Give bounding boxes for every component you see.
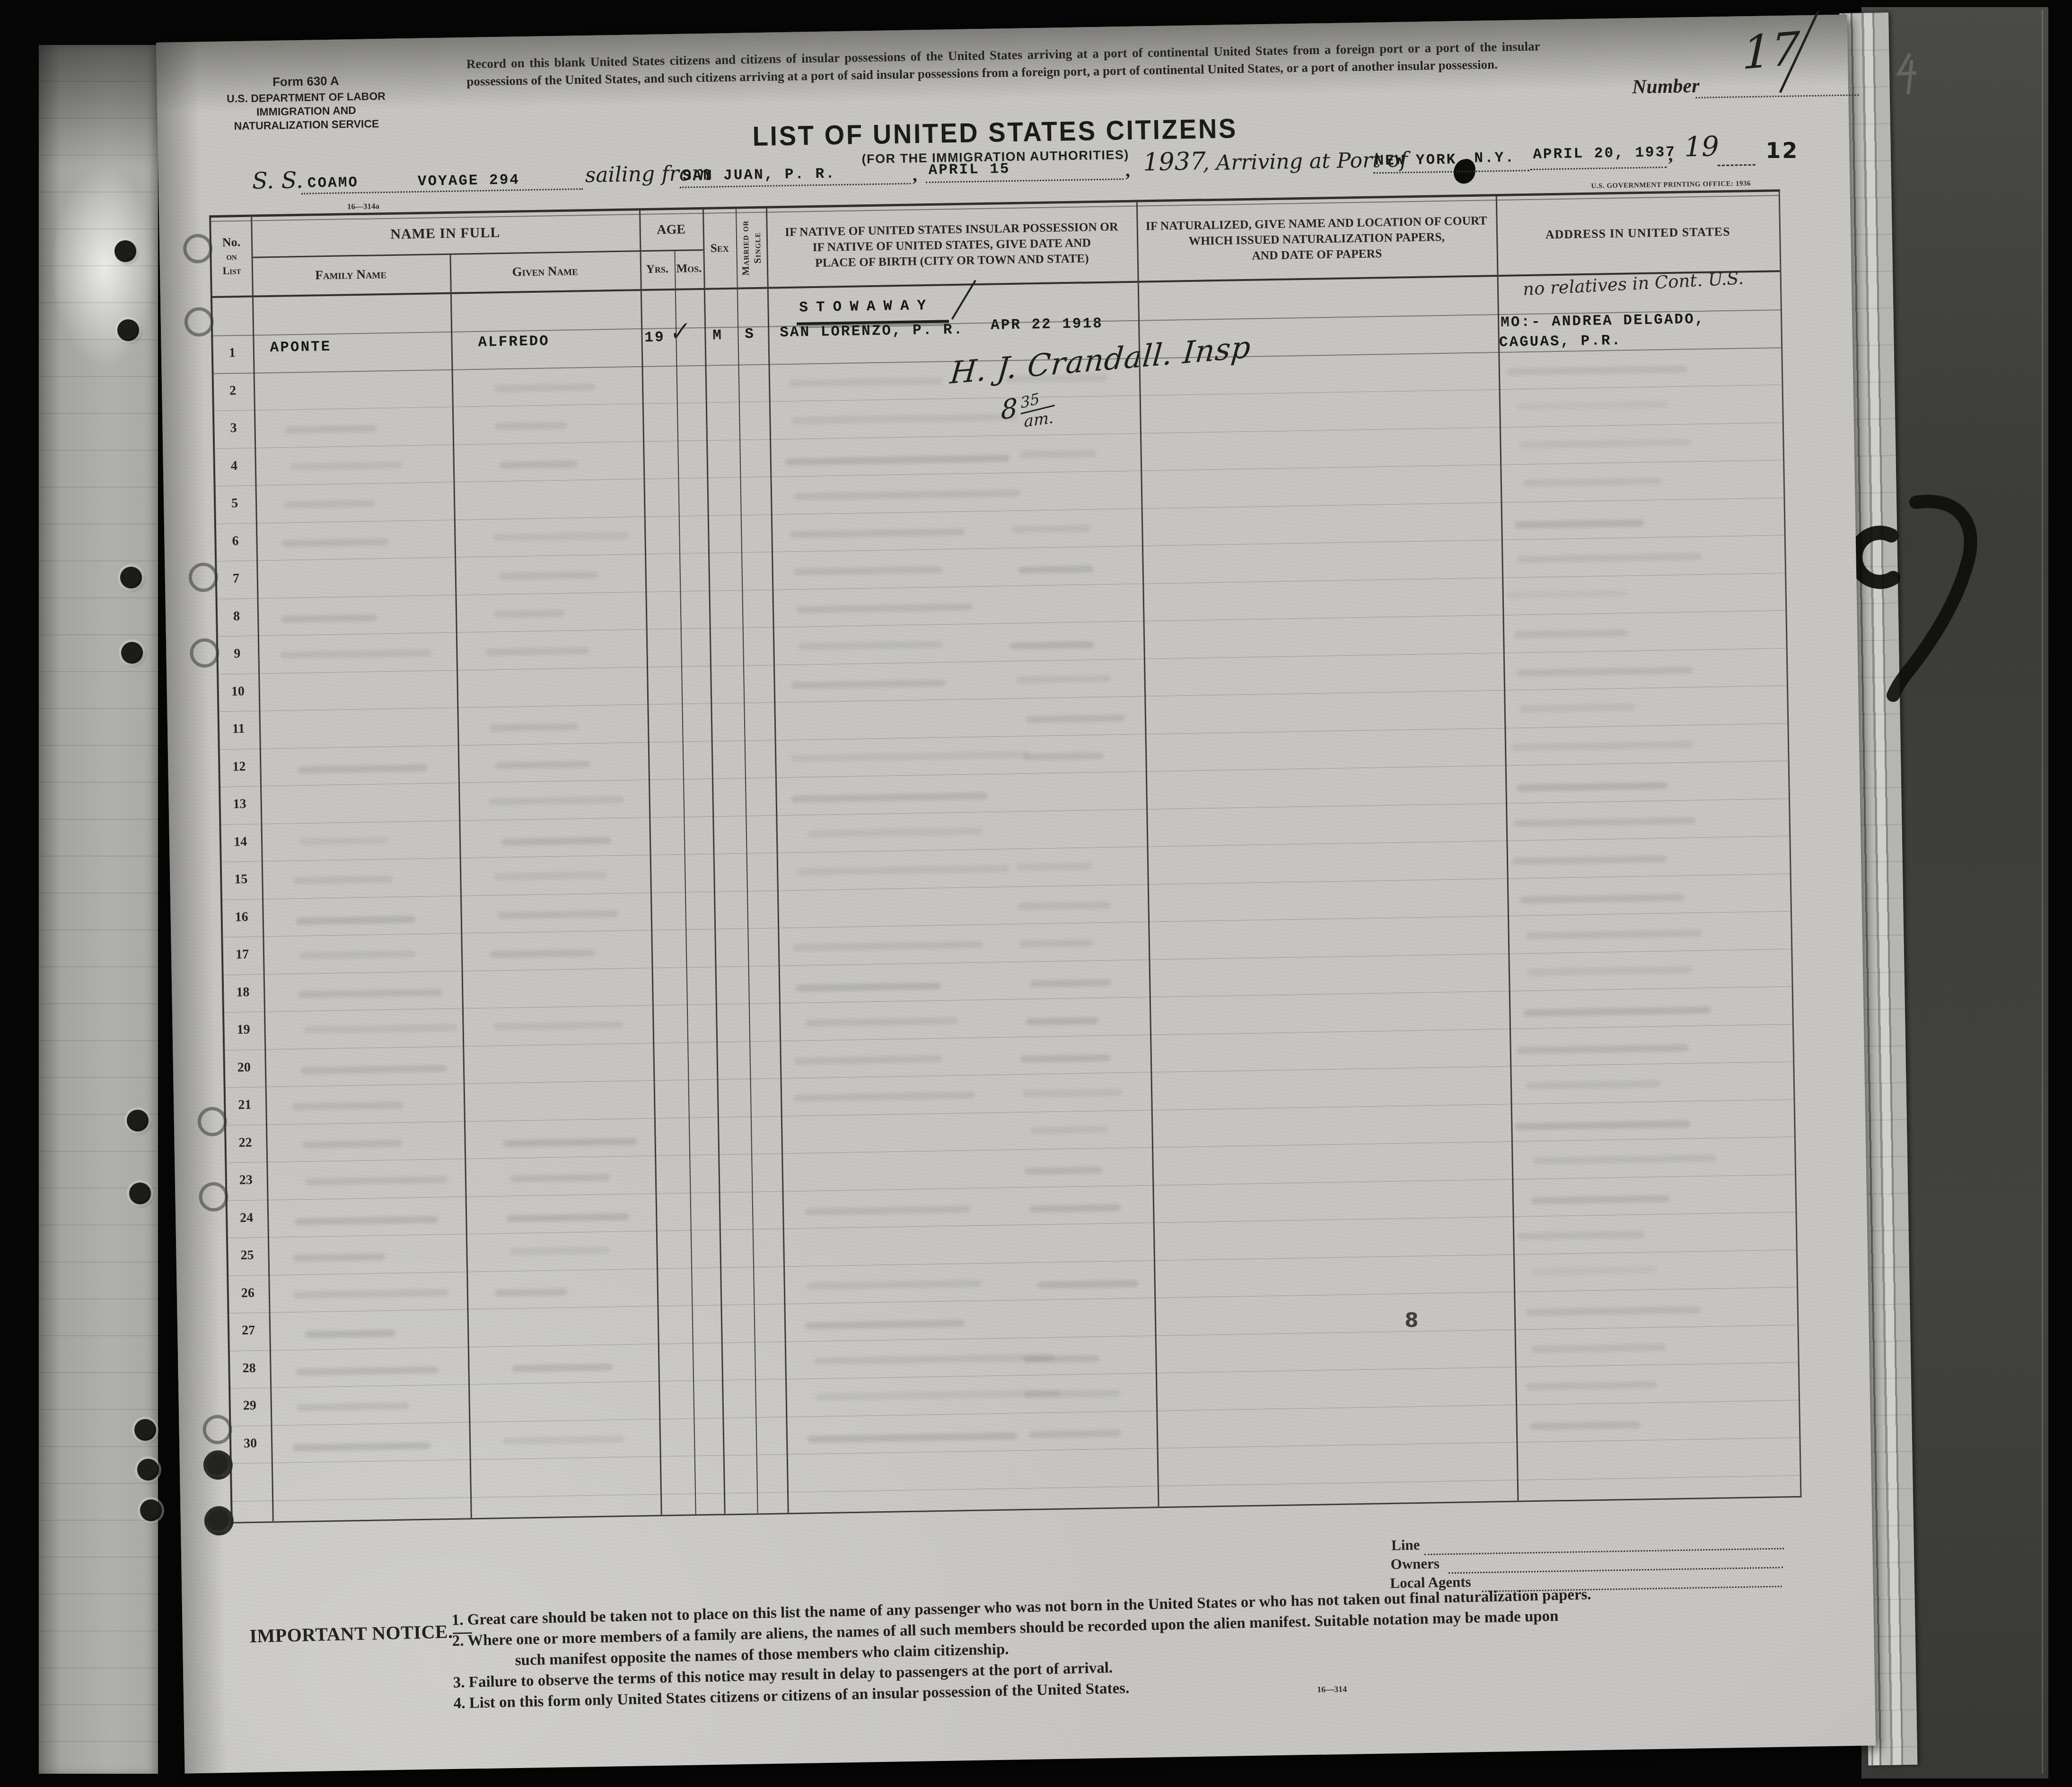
row-number: 12 — [220, 759, 258, 774]
ghost-text-bar — [785, 455, 1010, 465]
ghost-text-bar — [298, 989, 442, 998]
col-header-given-name: Given Name — [449, 250, 640, 292]
ghost-text-bar — [793, 941, 983, 951]
line-label: Line — [1391, 1536, 1420, 1554]
ghost-text-bar — [500, 460, 577, 469]
ghost-text-bar — [1506, 589, 1628, 598]
row-number: 28 — [230, 1360, 268, 1376]
column-rule — [766, 209, 789, 1513]
row-number: 18 — [224, 984, 262, 1000]
ghost-text-bar — [808, 827, 983, 837]
ghost-text-bar — [299, 837, 388, 845]
col-header-address: ADDRESS IN UNITED STATES — [1496, 192, 1780, 275]
row-number: 9 — [218, 646, 256, 662]
handwritten-19: 19 — [1684, 130, 1720, 163]
arrival-date: APRIL 20, 1937 — [1533, 144, 1676, 163]
nat-header-line3: AND DATE OF PAPERS — [1252, 245, 1382, 263]
col-header-age: AGE — [639, 210, 703, 250]
row-number: 10 — [219, 683, 257, 699]
row-number: 25 — [228, 1247, 266, 1263]
row-rule — [220, 761, 1788, 787]
ghost-text-bar — [494, 871, 607, 880]
ghost-text-bar — [791, 792, 988, 803]
column-rule — [639, 210, 662, 1515]
row-number: 13 — [220, 797, 259, 812]
ghost-text-bar — [791, 679, 946, 689]
ghost-text-bar — [1019, 939, 1093, 947]
ghost-text-bar — [290, 461, 403, 470]
printing-office-credit: U.S. GOVERNMENT PRINTING OFFICE: 1936 — [1591, 180, 1751, 191]
column-rule — [702, 210, 726, 1514]
row-number: 14 — [221, 834, 260, 850]
comma: , — [1668, 143, 1673, 166]
ghost-text-bar — [296, 916, 416, 925]
ghost-text-bar — [503, 1435, 624, 1444]
column-rule — [449, 254, 472, 1518]
ghost-text-bar — [489, 949, 595, 958]
ghost-text-bar — [281, 538, 388, 547]
ghost-text-bar — [503, 1138, 637, 1147]
ghost-text-bar — [1512, 741, 1693, 751]
ghost-text-bar — [807, 1279, 982, 1289]
ghost-text-bar — [1523, 1007, 1711, 1017]
ghost-text-bar — [280, 649, 431, 659]
ghost-text-bar — [297, 1366, 439, 1375]
row-rule — [216, 498, 1784, 524]
row-number: 7 — [217, 571, 255, 587]
ghost-text-bar — [1010, 641, 1094, 649]
ship-name: COAMO — [307, 175, 359, 192]
row-number: 6 — [216, 533, 255, 549]
ghost-text-bar — [1514, 817, 1695, 827]
ghost-text-bar — [495, 761, 590, 769]
col-header-on: on — [226, 249, 237, 263]
ring-reinforcement-mark — [190, 638, 219, 668]
row1-given-name: ALFREDO — [478, 333, 550, 351]
ghost-text-bar — [1005, 374, 1107, 383]
ghost-text-bar — [1016, 675, 1111, 683]
row1-check-mark: ✓ — [666, 316, 691, 348]
col-header-mos: Mos. — [674, 249, 703, 289]
form-identifier: Form 630 A U.S. DEPARTMENT OF LABOR IMMI… — [225, 73, 387, 133]
ghost-text-bar — [1519, 438, 1691, 448]
row-rule — [226, 1099, 1794, 1125]
ghost-text-bar — [1515, 1120, 1690, 1130]
ring-reinforcement-mark — [184, 307, 214, 337]
row-number: 8 — [218, 608, 256, 624]
ghost-text-bar — [490, 723, 578, 731]
ghost-text-bar — [1520, 703, 1635, 712]
row-rule — [232, 1437, 1800, 1464]
ghost-text-bar — [805, 1205, 971, 1215]
punched-hole — [137, 1459, 159, 1480]
ghost-text-bar — [1523, 477, 1662, 487]
ghost-text-bar — [1527, 929, 1702, 939]
ghost-text-bar — [285, 425, 377, 433]
ring-reinforcement-mark — [183, 234, 213, 263]
row-number: 23 — [227, 1173, 265, 1188]
ghost-text-bar — [1025, 1166, 1102, 1175]
ghost-text-bar — [510, 1174, 610, 1182]
ghost-text-bar — [1030, 979, 1111, 987]
row-number: 22 — [226, 1135, 264, 1150]
ghost-text-bar — [1516, 666, 1693, 676]
ghost-text-bar — [1018, 565, 1094, 574]
ghost-text-bar — [808, 1432, 1017, 1443]
voyage-number: VOYAGE 294 — [418, 172, 520, 190]
ghost-text-bar — [283, 499, 375, 508]
ghost-text-bar — [304, 1024, 458, 1034]
ghost-text-bar — [305, 1330, 395, 1338]
row-number: 20 — [225, 1060, 263, 1075]
ghost-text-bar — [1527, 966, 1693, 976]
ghost-text-bar — [1018, 901, 1111, 910]
ghost-text-bar — [489, 796, 624, 806]
ghost-text-bar — [1020, 450, 1097, 458]
ghost-text-bar — [1025, 1390, 1120, 1398]
comma: , — [912, 163, 917, 185]
notice-label: IMPORTANT NOTICE.— — [249, 1620, 473, 1647]
ghost-text-bar — [493, 1021, 623, 1031]
ghost-text-bar — [1526, 1381, 1657, 1391]
row-number: 29 — [231, 1398, 269, 1413]
col-header-sex: Sex — [702, 209, 737, 288]
punched-hole — [127, 1110, 149, 1131]
column-rule — [1136, 202, 1159, 1507]
row-number: 16 — [222, 909, 261, 925]
punched-hole — [134, 1419, 156, 1441]
page-number-stamp: 12 — [1765, 138, 1799, 163]
ghost-text-bar — [1506, 365, 1687, 375]
ghost-text-bar — [789, 377, 942, 386]
ghost-text-bar — [1530, 1421, 1641, 1430]
blank-line — [1530, 166, 1667, 170]
ghost-text-bar — [298, 764, 427, 773]
departure-port: SAN JUAN, P. R. — [683, 166, 836, 184]
ghost-text-bar — [1026, 714, 1125, 723]
ghost-text-bar — [295, 1216, 438, 1225]
row-rule — [232, 1475, 1800, 1501]
ghost-text-bar — [1532, 1343, 1666, 1353]
sailing-date: APRIL 15 — [928, 161, 1010, 179]
ghost-text-bar — [1515, 519, 1644, 528]
passenger-table: No. on List NAME IN FULL Family Name Giv… — [209, 189, 1801, 1524]
ghost-text-bar — [1038, 1279, 1139, 1288]
ss-prefix: S. S. — [252, 167, 303, 194]
col-header-yrs: Yrs. — [640, 250, 675, 289]
ghost-text-bar — [485, 647, 589, 656]
ghost-text-bar — [816, 1390, 1061, 1401]
blank-line — [926, 178, 1124, 183]
ghost-text-bar — [793, 566, 942, 576]
ghost-text-bar — [299, 950, 416, 959]
punched-hole — [140, 1499, 162, 1521]
row-number: 1 — [213, 345, 252, 361]
column-rule — [1496, 196, 1519, 1501]
ghost-text-bar — [494, 383, 596, 392]
stamp-8: 8 — [1405, 1308, 1419, 1332]
ghost-text-bar — [1514, 630, 1628, 639]
ghost-text-bar — [1029, 1204, 1121, 1212]
ghost-text-bar — [1526, 1306, 1701, 1316]
handwritten-year: 1937 — [1143, 147, 1206, 176]
ghost-text-bar — [292, 1442, 430, 1451]
row-number: 5 — [216, 496, 254, 511]
comma: , — [1125, 159, 1130, 181]
ghost-text-bar — [293, 1289, 448, 1298]
ghost-text-bar — [1023, 1355, 1099, 1363]
ghost-text-bar — [1517, 553, 1702, 563]
stowaway-label: STOWAWAY — [799, 298, 934, 316]
ghost-text-bar — [806, 1017, 957, 1026]
col-header-list: List — [222, 263, 241, 278]
ghost-text-bar — [300, 1065, 447, 1074]
col-header-married-single: Married or Single — [736, 209, 767, 288]
mother-address-line: CAGUAS, P.R. — [1499, 333, 1622, 351]
ghost-text-bar — [814, 1353, 1054, 1364]
ghost-text-bar — [1022, 1088, 1123, 1097]
ghost-text-bar — [293, 1253, 385, 1261]
ghost-text-bar — [1526, 1080, 1661, 1090]
row-number: 21 — [226, 1097, 264, 1113]
ghost-text-bar — [506, 1213, 629, 1222]
ghost-text-bar — [793, 1092, 975, 1102]
owners-blank — [1449, 1566, 1783, 1574]
col-header-family-name: Family Name — [252, 254, 450, 296]
row1-family-name: APONTE — [270, 339, 331, 356]
ghost-text-bar — [509, 1246, 609, 1255]
ghost-text-bar — [305, 1176, 448, 1185]
ghost-text-bar — [790, 528, 965, 538]
ghost-text-bar — [293, 876, 393, 884]
ghost-text-bar — [797, 865, 1010, 875]
ghost-text-bar — [791, 751, 1028, 762]
handwritten-four-mark — [1892, 52, 1925, 97]
col-header-number: No. on List — [211, 217, 252, 296]
punched-hole — [120, 567, 142, 588]
ghost-text-bar — [494, 422, 567, 430]
column-rule — [736, 209, 758, 1514]
ghost-text-bar — [1517, 1231, 1645, 1240]
ghost-text-bar — [297, 1402, 409, 1411]
row1-sex: M — [712, 327, 723, 344]
row1-age-years: 19 — [644, 329, 665, 346]
col-header-no: No. — [222, 235, 241, 250]
row-number: 24 — [228, 1210, 266, 1226]
ghost-text-bar — [1011, 525, 1091, 533]
form-number-small-top: 16—314a — [347, 201, 379, 211]
inspection-time: 835am. — [1001, 387, 1054, 434]
ghost-text-bar — [1021, 1054, 1111, 1062]
number-blank-line — [1695, 94, 1859, 98]
ghost-text-bar — [1533, 1155, 1716, 1165]
ghost-text-bar — [499, 571, 598, 580]
row-number: 30 — [231, 1436, 270, 1451]
number-label: Number — [1632, 75, 1700, 98]
ghost-text-bar — [1512, 855, 1667, 865]
ghost-text-bar — [1026, 1017, 1098, 1025]
col-header-name: NAME IN FULL — [251, 210, 640, 257]
ghost-text-bar — [1519, 893, 1684, 903]
ghost-text-bar — [797, 603, 973, 613]
manifest-form-page: Form 630 A U.S. DEPARTMENT OF LABOR IMMI… — [156, 15, 1876, 1774]
row1-birth-date: APR 22 1918 — [991, 315, 1103, 334]
ghost-text-bar — [1531, 1195, 1669, 1204]
ghost-text-bar — [1517, 401, 1669, 410]
backing-edge-highlight — [2042, 9, 2043, 1774]
ghost-text-bar — [292, 1102, 404, 1111]
arrival-port-city: NEW YORK, — [1375, 151, 1467, 169]
stowaway-check-slash — [951, 280, 976, 320]
col-header-birth: IF NATIVE OF UNITED STATES INSULAR POSSE… — [766, 202, 1138, 287]
ghost-text-bar — [791, 413, 1018, 424]
row-number: 11 — [219, 721, 258, 737]
ring-reinforcement-mark — [188, 562, 218, 592]
arrival-port-state: N.Y. — [1474, 149, 1515, 166]
form-number-line: Form 630 A — [225, 73, 386, 90]
punched-hole — [121, 642, 143, 664]
punched-hole — [129, 1183, 151, 1204]
ghost-text-bar — [281, 614, 377, 622]
ghost-text-bar — [1023, 752, 1104, 760]
ghost-text-bar — [512, 1363, 613, 1372]
ghost-text-bar — [493, 532, 628, 541]
ghost-text-bar — [795, 982, 941, 991]
punched-hole — [114, 240, 136, 262]
department-line: U.S. DEPARTMENT OF LABOR — [226, 89, 386, 106]
underlying-page-edge — [39, 45, 158, 1774]
owners-label: Owners — [1390, 1555, 1440, 1573]
row-number: 2 — [214, 383, 252, 398]
ghost-text-bar — [798, 641, 942, 650]
ghost-text-bar — [1016, 862, 1092, 871]
ghost-text-bar — [303, 1139, 403, 1148]
row-number: 4 — [215, 458, 254, 473]
married-single-vertical-text: Married or Single — [739, 209, 764, 288]
ghost-text-bar — [794, 490, 1020, 500]
ghost-text-bar — [498, 910, 619, 919]
row-number: 19 — [224, 1022, 263, 1038]
ghost-text-bar — [502, 837, 611, 846]
line-blank — [1424, 1547, 1784, 1555]
form-number-small-bottom: 16—314 — [1317, 1684, 1347, 1695]
blank-line — [1718, 164, 1756, 166]
ghost-text-bar — [495, 1288, 567, 1296]
page-title: LIST OF UNITED STATES CITIZENS — [752, 113, 1238, 152]
handwritten-number: 17 — [1742, 22, 1800, 80]
ghost-text-bar — [1030, 1125, 1107, 1134]
ghost-text-bar — [1532, 1266, 1657, 1275]
col-header-naturalization: IF NATURALIZED, GIVE NAME AND LOCATION O… — [1136, 196, 1497, 281]
ghost-text-bar — [1028, 1429, 1121, 1438]
row-number: 3 — [214, 420, 253, 436]
punched-hole — [117, 319, 139, 341]
bureau-line-2: NATURALIZATION SERVICE — [226, 117, 387, 133]
ghost-text-bar — [494, 609, 565, 617]
row-number: 27 — [229, 1323, 268, 1338]
ghost-text-bar — [1516, 782, 1667, 791]
ghost-text-bar — [794, 1055, 942, 1064]
column-rule — [674, 250, 696, 1515]
ghost-text-bar — [1517, 1044, 1689, 1054]
row-number: 17 — [223, 947, 262, 963]
row-number: 26 — [229, 1285, 267, 1301]
ghost-text-bar — [805, 1320, 965, 1330]
row1-marital-status: S — [745, 326, 755, 342]
row-number: 15 — [222, 872, 260, 887]
